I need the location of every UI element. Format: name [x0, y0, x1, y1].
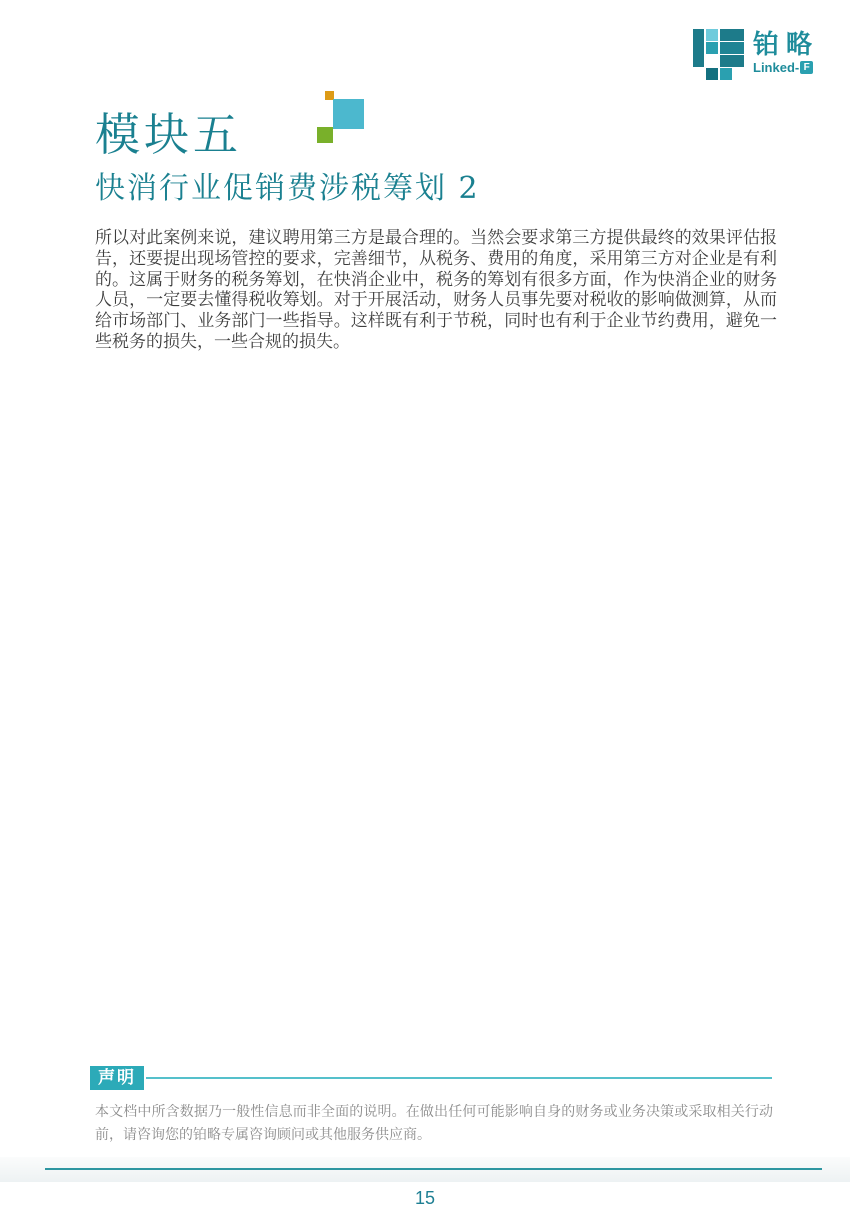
logo-mosaic-bar [720, 29, 744, 41]
cyan-square-icon [333, 99, 364, 129]
logo-mosaic-square [706, 42, 718, 54]
logo-mosaic-square [720, 68, 732, 80]
brand-logo-text: 铂略 Linked-F [753, 30, 819, 75]
logo-mosaic-bar [720, 42, 744, 54]
brand-name-chinese: 铂略 [753, 30, 819, 59]
module-subtitle: 快消行业促销费涉税筹划 2 [95, 163, 480, 207]
brand-name-english: Linked-F [753, 60, 819, 75]
disclaimer-text: 本文档中所含数据乃一般性信息而非全面的说明。在做出任何可能影响自身的财务或业务决… [95, 1100, 773, 1146]
brand-logo: 铂略 Linked-F [693, 28, 843, 84]
body-paragraph: 所以对此案例来说，建议聘用第三方是最合理的。当然会要求第三方提供最终的效果评估报… [95, 228, 777, 353]
disclaimer-badge: 声明 [90, 1066, 144, 1090]
brand-f-badge: F [800, 61, 813, 74]
footer-divider [45, 1168, 822, 1170]
logo-mosaic-bar [720, 55, 744, 67]
logo-mosaic-bar [693, 29, 704, 67]
green-square-icon [317, 127, 333, 143]
logo-mosaic-square [706, 29, 718, 41]
logo-mosaic-square [706, 68, 718, 80]
brand-name-english-prefix: Linked- [753, 60, 799, 75]
module-title: 模块五 [95, 98, 242, 163]
disclaimer-divider [146, 1077, 772, 1079]
brand-logo-icon [693, 29, 744, 80]
page-number: 15 [0, 1188, 850, 1209]
document-page: 铂略 Linked-F 模块五 快消行业促销费涉税筹划 2 所以对此案例来说，建… [0, 0, 850, 1228]
